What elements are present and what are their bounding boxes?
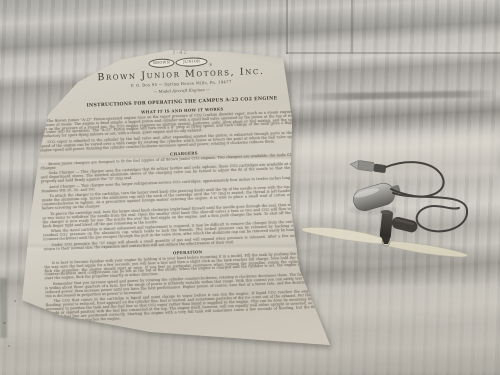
logo-left-oval: BROWN bbox=[149, 58, 175, 68]
engine-head-cap bbox=[381, 210, 392, 214]
logo-right-oval: JUNIOR bbox=[176, 57, 208, 67]
propeller-blade-left bbox=[302, 227, 386, 244]
engine-cylinder-body bbox=[391, 216, 419, 234]
trademark-symbol: ® bbox=[209, 63, 213, 67]
fuel-line-upper-loop bbox=[386, 162, 444, 196]
engine-cylinder bbox=[380, 210, 419, 244]
valve-body bbox=[358, 160, 375, 171]
charging-valve bbox=[350, 159, 387, 173]
engine-crankcase bbox=[380, 211, 394, 239]
marble-speck bbox=[8, 345, 10, 347]
valve-collar bbox=[373, 164, 386, 174]
tile-seam-vertical-2 bbox=[351, 0, 353, 53]
counter-edge-sliver bbox=[0, 278, 7, 338]
marble-speck bbox=[3, 322, 6, 324]
engine-assembly bbox=[280, 140, 480, 275]
